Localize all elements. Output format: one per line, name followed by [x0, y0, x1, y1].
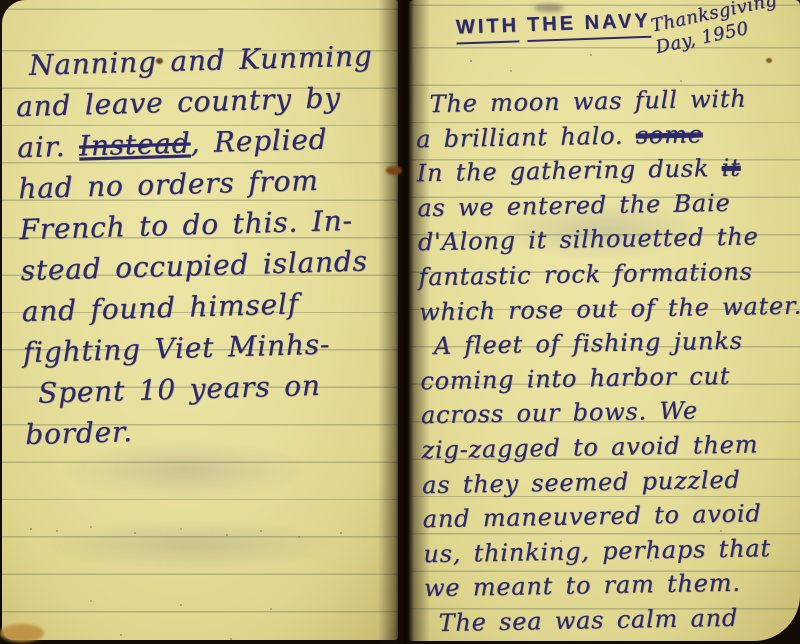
left-page-handwriting: Nanning and Kunming and leave country by…: [14, 35, 397, 455]
right-page-handwriting: The moon was full with a brilliant halo.…: [415, 81, 800, 641]
handwritten-line: zig-zagged to avoid them: [421, 427, 798, 468]
title-word: WITH: [456, 14, 520, 44]
left-page: Nanning and Kunming and leave country by…: [2, 0, 398, 640]
handwritten-line: In the gathering dusk it: [416, 150, 793, 191]
handwritten-line: A fleet of fishing junks: [419, 323, 796, 364]
strikethrough-text: it: [721, 154, 740, 182]
handwritten-line: us, thinking, perhaps that: [423, 530, 800, 571]
notebook-photo: Nanning and Kunming and leave country by…: [0, 0, 800, 644]
strikethrough-text: some: [635, 120, 702, 149]
line-text: In the gathering dusk: [416, 154, 721, 187]
line-text: air.: [17, 130, 80, 165]
handwritten-line: The moon was full with: [415, 81, 792, 122]
line-text: a brilliant halo.: [416, 121, 636, 153]
title-word: THE NAVY: [527, 10, 652, 42]
right-page: WITHTHE NAVY Thanksgiving Day, 1950 The …: [408, 0, 800, 641]
handwritten-line: fantastic rock formations: [418, 254, 795, 295]
strikethrough-text: Instead: [78, 126, 190, 162]
handwritten-line: The sea was calm and: [424, 600, 800, 641]
line-text: , Replied: [190, 123, 328, 160]
